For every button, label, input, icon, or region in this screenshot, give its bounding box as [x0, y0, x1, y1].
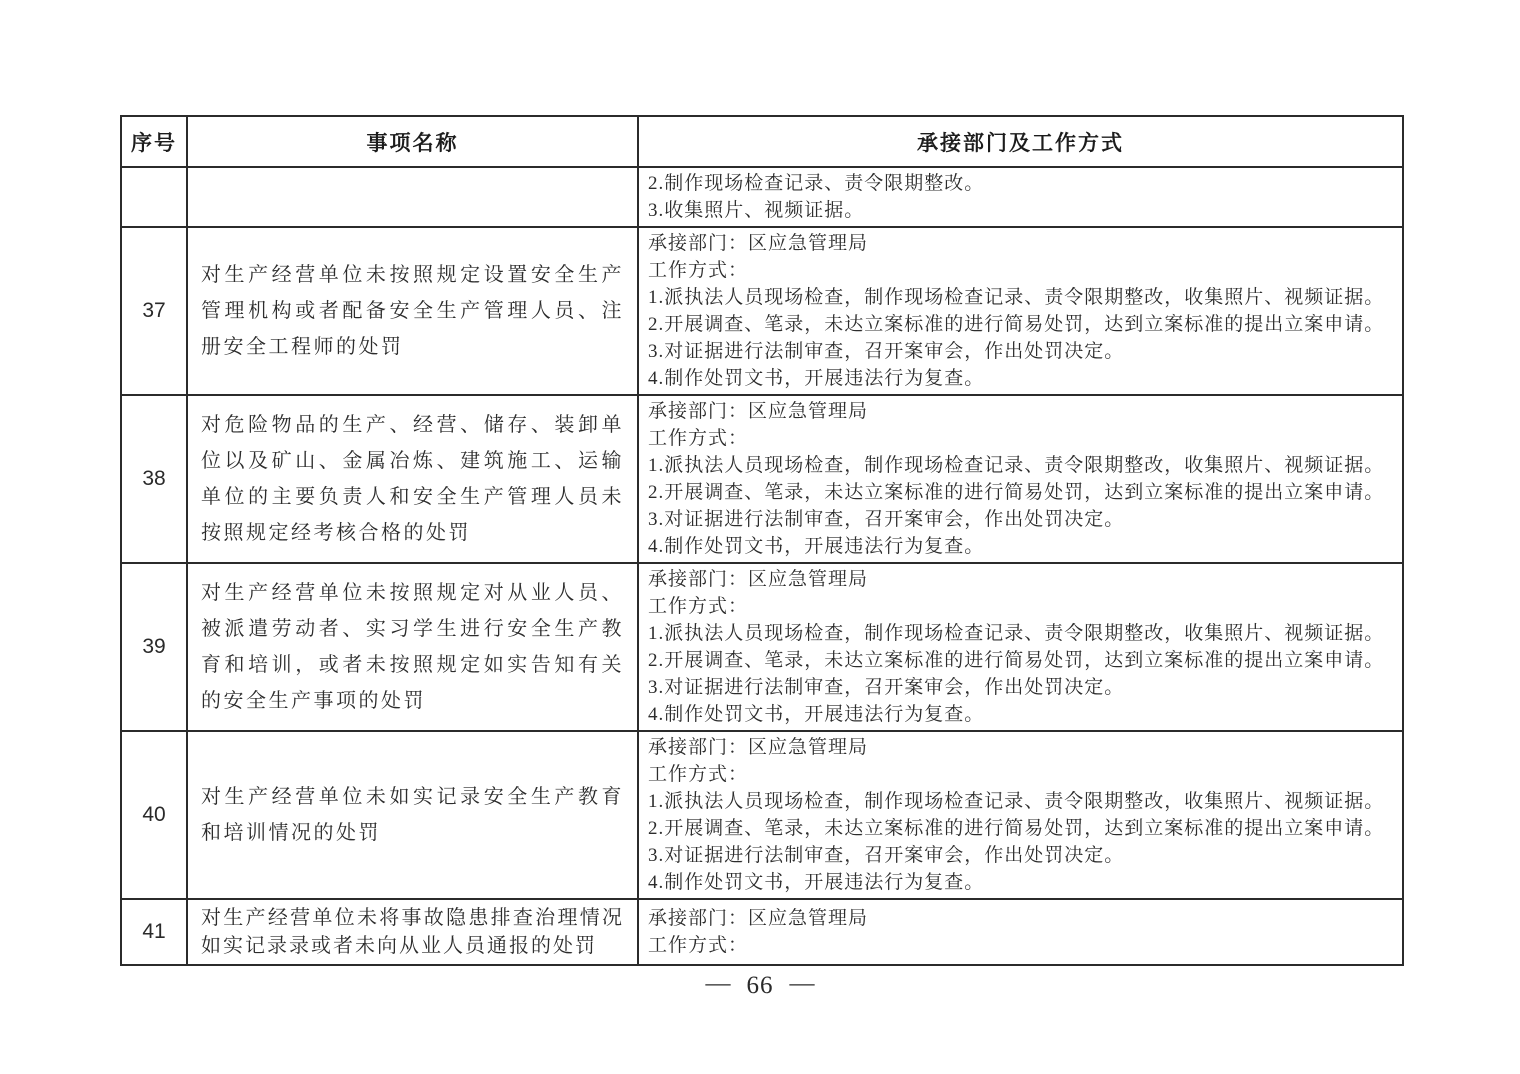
- item-name-cell: 对危险物品的生产、经营、储存、装卸单位以及矿山、金属冶炼、建筑施工、运输单位的主…: [187, 395, 638, 563]
- method-line: 工作方式：: [648, 593, 1394, 620]
- method-line: 2.开展调查、笔录，未达立案标准的进行简易处罚，达到立案标准的提出立案申请。: [648, 815, 1394, 842]
- page-number-dash-left: —: [706, 970, 731, 998]
- row-serial-number: 41: [121, 899, 187, 965]
- method-line: 3.对证据进行法制审查，召开案审会，作出处罚决定。: [648, 674, 1394, 701]
- method-line: 承接部门：区应急管理局: [648, 734, 1394, 761]
- header-serial-number: 序号: [121, 116, 187, 167]
- header-department-method: 承接部门及工作方式: [638, 116, 1403, 167]
- penalty-items-table: 序号 事项名称 承接部门及工作方式 2.制作现场检查记录、责令限期整改。 3.收…: [120, 115, 1404, 966]
- method-line: 3.对证据进行法制审查，召开案审会，作出处罚决定。: [648, 842, 1394, 869]
- method-line: 2.开展调查、笔录，未达立案标准的进行简易处罚，达到立案标准的提出立案申请。: [648, 311, 1394, 338]
- row-serial-number: 37: [121, 227, 187, 395]
- table-row-38: 38 对危险物品的生产、经营、储存、装卸单位以及矿山、金属冶炼、建筑施工、运输单…: [121, 395, 1403, 563]
- page-number-dash-right: —: [790, 970, 815, 998]
- table-row-40: 40 对生产经营单位未如实记录安全生产教育和培训情况的处罚 承接部门：区应急管理…: [121, 731, 1403, 899]
- method-line: 工作方式：: [648, 425, 1394, 452]
- document-page: 序号 事项名称 承接部门及工作方式 2.制作现场检查记录、责令限期整改。 3.收…: [0, 0, 1520, 1074]
- table-header-row: 序号 事项名称 承接部门及工作方式: [121, 116, 1403, 167]
- method-line: 4.制作处罚文书，开展违法行为复查。: [648, 701, 1394, 728]
- item-name-cell: 对生产经营单位未如实记录安全生产教育和培训情况的处罚: [187, 731, 638, 899]
- item-name-cell: 对生产经营单位未将事故隐患排查治理情况如实记录录或者未向从业人员通报的处罚: [187, 899, 638, 965]
- row-serial-number: 40: [121, 731, 187, 899]
- method-line: 2.开展调查、笔录，未达立案标准的进行简易处罚，达到立案标准的提出立案申请。: [648, 647, 1394, 674]
- method-line: 3.收集照片、视频证据。: [648, 197, 1394, 224]
- method-line: 工作方式：: [648, 257, 1394, 284]
- method-line: 承接部门：区应急管理局: [648, 905, 1394, 932]
- table-row-37: 37 对生产经营单位未按照规定设置安全生产管理机构或者配备安全生产管理人员、注册…: [121, 227, 1403, 395]
- method-line: 4.制作处罚文书，开展违法行为复查。: [648, 365, 1394, 392]
- method-line: 1.派执法人员现场检查，制作现场检查记录、责令限期整改，收集照片、视频证据。: [648, 620, 1394, 647]
- method-line: 工作方式：: [648, 932, 1394, 959]
- row-serial-number: [121, 167, 187, 227]
- method-line: 2.开展调查、笔录，未达立案标准的进行简易处罚，达到立案标准的提出立案申请。: [648, 479, 1394, 506]
- method-cell: 承接部门：区应急管理局 工作方式：: [638, 899, 1403, 965]
- method-line: 1.派执法人员现场检查，制作现场检查记录、责令限期整改，收集照片、视频证据。: [648, 284, 1394, 311]
- table-row-39: 39 对生产经营单位未按照规定对从业人员、被派遣劳动者、实习学生进行安全生产教育…: [121, 563, 1403, 731]
- method-line: 4.制作处罚文书，开展违法行为复查。: [648, 869, 1394, 896]
- method-cell: 承接部门：区应急管理局 工作方式： 1.派执法人员现场检查，制作现场检查记录、责…: [638, 563, 1403, 731]
- method-line: 1.派执法人员现场检查，制作现场检查记录、责令限期整改，收集照片、视频证据。: [648, 788, 1394, 815]
- method-line: 承接部门：区应急管理局: [648, 566, 1394, 593]
- method-cell: 承接部门：区应急管理局 工作方式： 1.派执法人员现场检查，制作现场检查记录、责…: [638, 227, 1403, 395]
- method-line: 1.派执法人员现场检查，制作现场检查记录、责令限期整改，收集照片、视频证据。: [648, 452, 1394, 479]
- method-line: 工作方式：: [648, 761, 1394, 788]
- item-name-cell: 对生产经营单位未按照规定设置安全生产管理机构或者配备安全生产管理人员、注册安全工…: [187, 227, 638, 395]
- item-name-cell: [187, 167, 638, 227]
- header-item-name: 事项名称: [187, 116, 638, 167]
- method-line: 3.对证据进行法制审查，召开案审会，作出处罚决定。: [648, 338, 1394, 365]
- method-line: 2.制作现场检查记录、责令限期整改。: [648, 170, 1394, 197]
- table-row-41: 41 对生产经营单位未将事故隐患排查治理情况如实记录录或者未向从业人员通报的处罚…: [121, 899, 1403, 965]
- page-number: —66—: [0, 972, 1520, 1000]
- method-cell: 2.制作现场检查记录、责令限期整改。 3.收集照片、视频证据。: [638, 167, 1403, 227]
- method-line: 3.对证据进行法制审查，召开案审会，作出处罚决定。: [648, 506, 1394, 533]
- row-serial-number: 39: [121, 563, 187, 731]
- method-line: 承接部门：区应急管理局: [648, 398, 1394, 425]
- method-cell: 承接部门：区应急管理局 工作方式： 1.派执法人员现场检查，制作现场检查记录、责…: [638, 731, 1403, 899]
- row-serial-number: 38: [121, 395, 187, 563]
- item-name-cell: 对生产经营单位未按照规定对从业人员、被派遣劳动者、实习学生进行安全生产教育和培训…: [187, 563, 638, 731]
- method-cell: 承接部门：区应急管理局 工作方式： 1.派执法人员现场检查，制作现场检查记录、责…: [638, 395, 1403, 563]
- method-line: 4.制作处罚文书，开展违法行为复查。: [648, 533, 1394, 560]
- table-row-continuation: 2.制作现场检查记录、责令限期整改。 3.收集照片、视频证据。: [121, 167, 1403, 227]
- page-number-value: 66: [747, 972, 774, 1000]
- method-line: 承接部门：区应急管理局: [648, 230, 1394, 257]
